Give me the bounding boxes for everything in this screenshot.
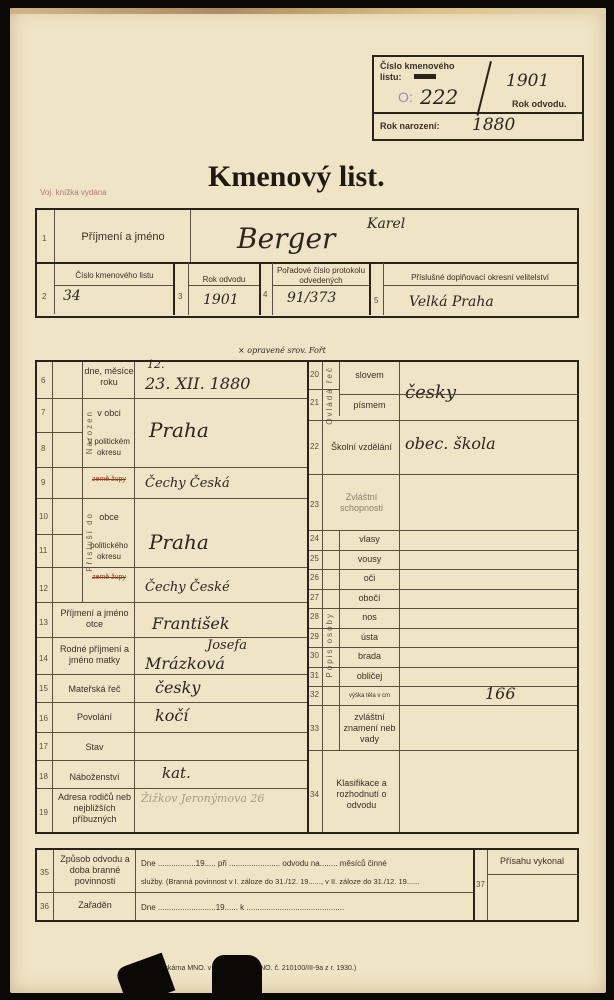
father-name-value: František — [152, 614, 230, 633]
label-adresa-rodicu: Adresa rodičů neb nejbližších příbuzných — [55, 792, 134, 825]
label-materska-rec: Mateřská řeč — [55, 684, 134, 695]
bottom-table: 35 Způsob odvodu a doba branné povinnost… — [35, 848, 579, 922]
birth-land-value: Čechy Česká — [145, 476, 230, 491]
top-table: 1 Příjmení a jméno Berger Karel 2 Číslo … — [35, 208, 579, 318]
label-zaraden: Zařaděn — [55, 900, 135, 911]
birth-town-value: Praha — [149, 418, 209, 442]
birth-day-correction: 12. — [147, 358, 165, 371]
mother-surname-value: Mrázková — [145, 654, 225, 673]
label-povolani: Povolání — [55, 712, 134, 723]
label-cislo-kmenoveho: Číslo kmenového listu — [57, 270, 172, 281]
birth-date-value: 23. XII. 1880 — [145, 374, 250, 393]
stamp-voj-knizka: Voj. knížka vydána — [40, 188, 107, 197]
label-zvlastni-znameni: zvláštní znamení neb vady — [340, 712, 399, 745]
rok-odvodu-value: 1901 — [506, 71, 549, 91]
label-datum-narozeni: dne, měsíce roku — [84, 366, 134, 388]
occupation-value: kočí — [155, 706, 188, 725]
given-name-value: Karel — [367, 216, 405, 232]
label-skolni-vzdelani: Školní vzdělání — [324, 442, 399, 453]
mother-given-name-value: Josefa — [207, 638, 247, 653]
label-politickeho-okresu: politického okresu — [84, 540, 134, 562]
mother-tongue-value: česky — [155, 678, 200, 697]
label-zeme-zupy-2: země župy — [84, 572, 134, 583]
group-ovlada-rec: Ovládá řeč — [325, 366, 334, 425]
zaraden-line: Dne ..........................19...... k… — [141, 902, 471, 913]
label-prijmeni-jmeno: Příjmení a jméno — [57, 232, 189, 243]
label-v-politickem-okresu: v politickém okresu — [84, 436, 134, 458]
label-brada: brada — [340, 651, 399, 662]
surname-value: Berger — [237, 222, 335, 255]
label-slovem: slovem — [340, 370, 399, 381]
parents-address-value: Žižkov Jeronýmova 26 — [141, 792, 264, 805]
stamp-prefix: O: — [398, 89, 413, 105]
label-klasifikace: Klasifikace a rozhodnutí o odvodu — [324, 778, 399, 811]
torn-edge-2 — [212, 955, 262, 1000]
slash-divider — [476, 61, 491, 116]
label-nos: nos — [340, 612, 399, 623]
rok-narozeni-value: 1880 — [472, 115, 515, 135]
spoken-language-value: česky — [405, 382, 456, 403]
zpusob-odvodu-line2: služby. (Branná povinnost v I. záloze do… — [141, 876, 471, 887]
printer-footer: — Tiskárna MNO. v Praze. — (... MNO. č. … — [150, 963, 510, 974]
zpusob-odvodu-line1: Dne .................19..... při .......… — [141, 858, 471, 869]
label-vlasy: vlasy — [340, 534, 399, 545]
label-matka: Rodné příjmení a jméno matky — [55, 644, 134, 666]
label-rok-odvodu: Rok odvodu — [189, 274, 259, 285]
label-prisahu-vykonal: Přísahu vykonal — [489, 856, 575, 867]
religion-value: kat. — [162, 764, 191, 782]
label-vousy: vousy — [340, 554, 399, 565]
poradove-cislo-value: 91/373 — [287, 290, 336, 306]
rok-narozeni-label: Rok narození: — [380, 121, 440, 132]
label-doplnovaci-velitelstvi: Příslušné doplňovací okresní velitelství — [385, 272, 575, 283]
label-oblicej: obličej — [340, 671, 399, 682]
doplnovaci-velitelstvi-value: Velká Praha — [409, 294, 494, 310]
page-title: Kmenový list. — [208, 160, 385, 194]
label-otec: Příjmení a jméno otce — [55, 608, 134, 630]
cislo-label: Číslo kmenového listu: — [380, 61, 455, 83]
header-box: Číslo kmenového listu: O: 222 1901 Rok o… — [372, 55, 584, 141]
label-stav: Stav — [55, 742, 134, 753]
cislo-value: 222 — [420, 85, 458, 109]
label-vyska: výška těla v cm — [340, 691, 399, 702]
cislo-kmenoveho-value: 34 — [63, 288, 81, 304]
label-usta: ústa — [340, 632, 399, 643]
struck-out-number — [414, 74, 436, 79]
label-v-obci: v obci — [84, 408, 134, 419]
label-zpusob-odvodu: Způsob odvodu a doba branné povinnosti — [55, 854, 135, 887]
rok-odvodu-label: Rok odvodu. — [512, 99, 567, 110]
domicile-land-value: Čechy České — [145, 580, 230, 595]
education-value: obec. škola — [405, 434, 496, 453]
rok-odvodu-cell-value: 1901 — [203, 292, 239, 308]
label-zeme-zupy: země župy — [84, 474, 134, 485]
height-value: 166 — [485, 684, 516, 703]
label-nabozenstvi: Náboženství — [55, 772, 134, 783]
label-poradove-cislo: Pořadové číslo protokolu odvedených — [273, 266, 369, 286]
main-table: Narozen Přísluší do 6 dne, měsíce roku 1… — [35, 360, 579, 834]
correction-note: × opravené srov. Fořt — [238, 346, 326, 355]
domicile-town-value: Praha — [149, 530, 209, 554]
label-zvlastni-schopnosti: Zvláštní schopnosti — [324, 492, 399, 514]
label-obce: obce — [84, 512, 134, 523]
label-oci: oči — [340, 573, 399, 584]
label-oboci: obočí — [340, 593, 399, 604]
label-pismem: písmem — [340, 400, 399, 411]
